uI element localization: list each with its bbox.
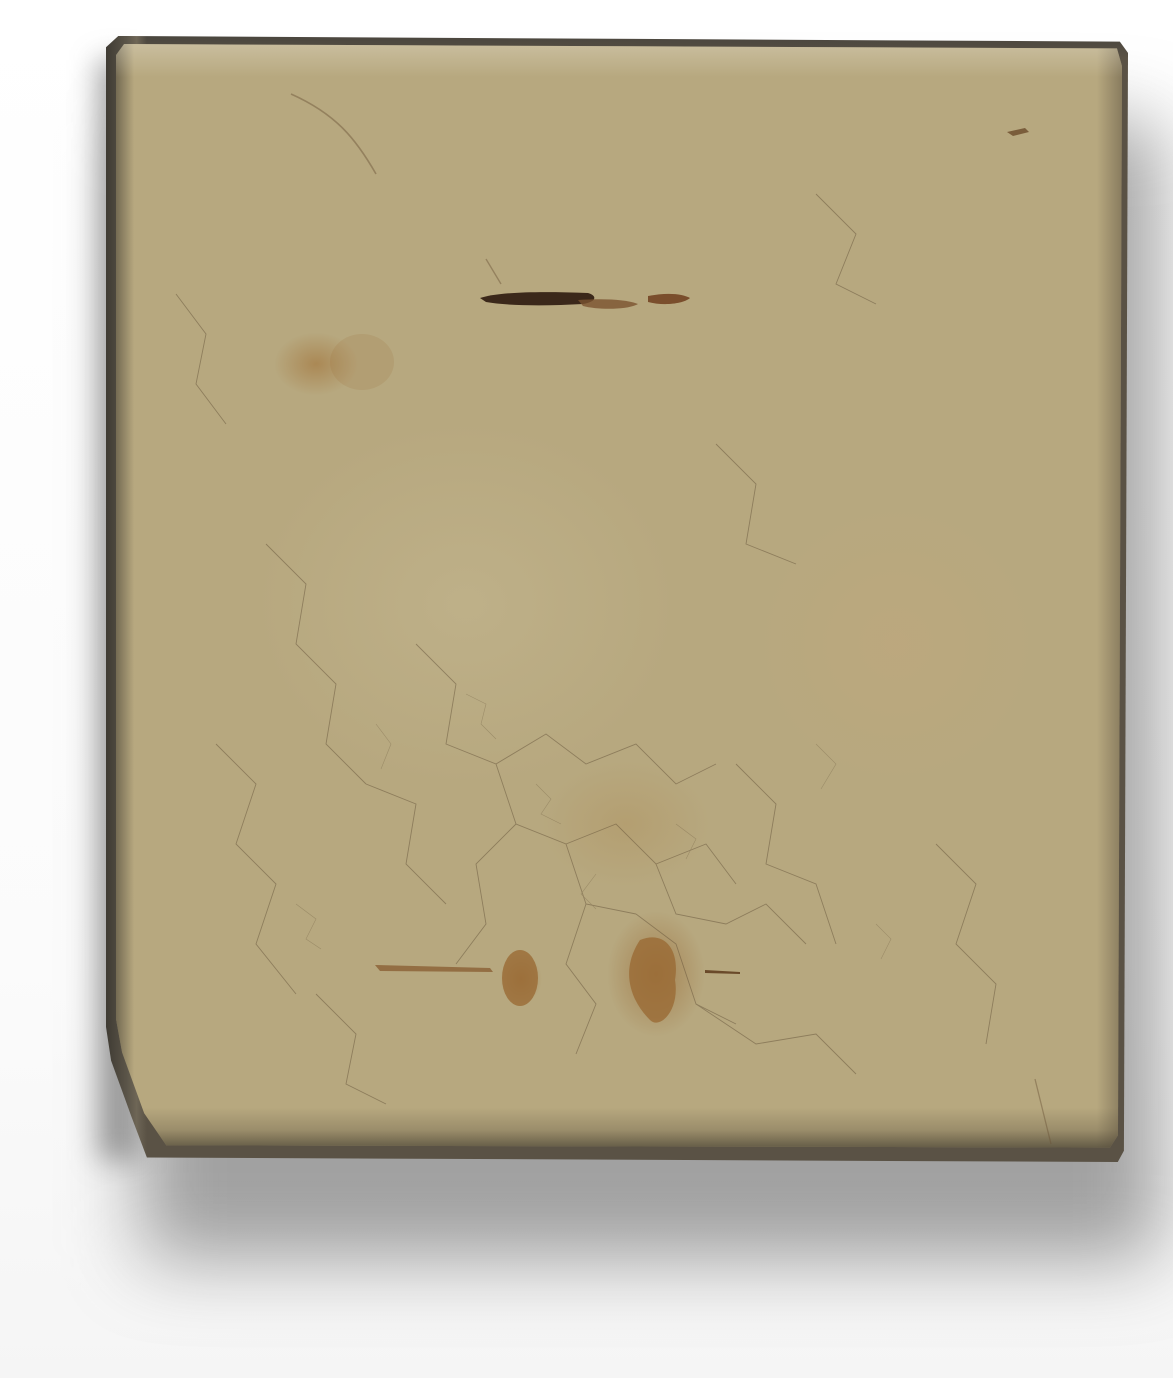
small-top-right-mark [1005,120,1045,140]
dark-brush-mark [478,288,698,328]
lower-stain-marks [360,930,760,1040]
scratch-mark [291,94,376,174]
